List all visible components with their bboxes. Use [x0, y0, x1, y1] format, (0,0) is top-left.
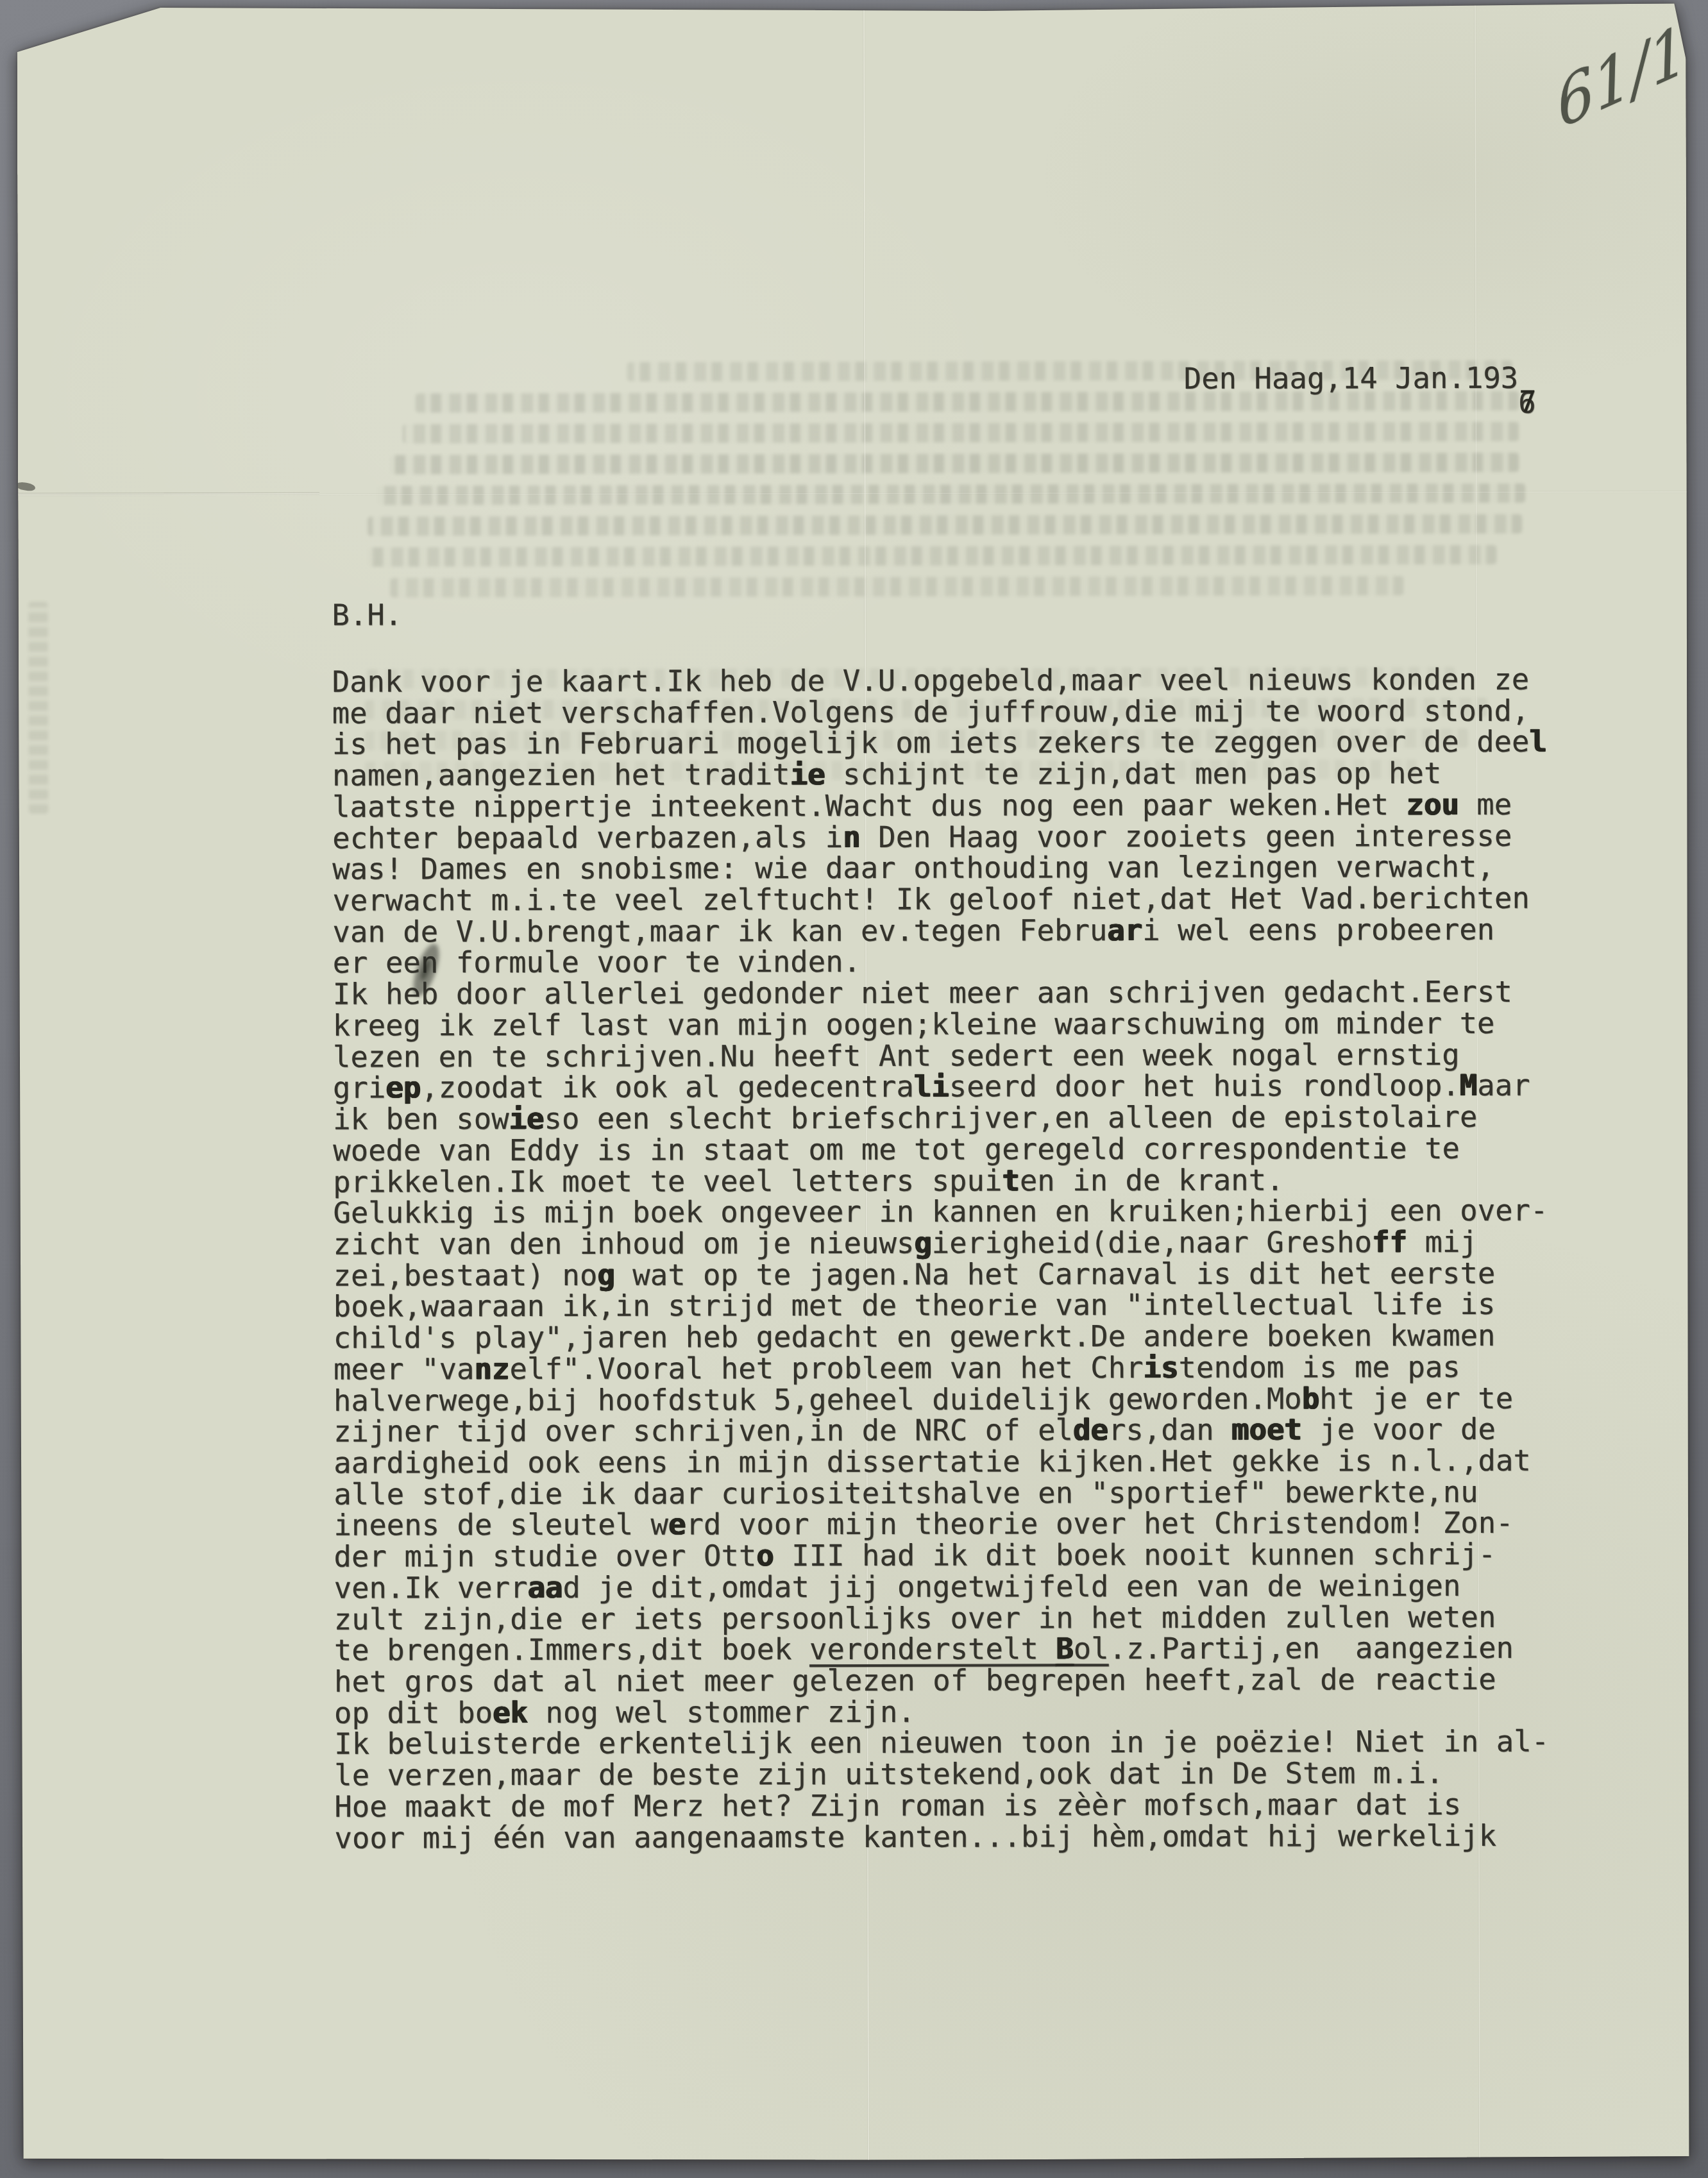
edge-tear: [15, 481, 36, 492]
bleedthrough-ghost-line: [390, 576, 1403, 597]
letter-paper: Den Haag,14 Jan.19367 B.H. Dank voor je …: [17, 3, 1690, 2161]
body-line: van de V.U.brengt,maar ik kan ev.tegen F…: [332, 914, 1547, 948]
body-line: laatste nippertje inteekent.Wacht dus no…: [332, 789, 1547, 823]
body-line: verwacht m.i.te veel zelftucht! Ik geloo…: [332, 883, 1547, 917]
body-line: ik ben sowieso een slecht briefschrijver…: [333, 1102, 1548, 1136]
body-line: zijner tijd over schrijven,in de NRC of …: [334, 1414, 1548, 1448]
body-line: namen,aangezien het traditie schijnt te …: [332, 758, 1547, 792]
dateline-text: Den Haag,14 Jan.193: [1184, 361, 1519, 396]
body-line: alle stof,die ik daar curiositeitshalve …: [334, 1476, 1548, 1510]
bleedthrough-ghost-margin: [28, 602, 48, 814]
body-line: ven.Ik verraad je dit,omdat jij ongetwij…: [334, 1571, 1549, 1605]
bleedthrough-ghost-line: [390, 453, 1519, 475]
body-line: te brengen.Immers,dit boek veronderstelt…: [334, 1633, 1549, 1667]
archival-number: 61/1: [1552, 11, 1692, 144]
body-line: kreeg ik zelf last van mijn oogen;kleine…: [333, 1008, 1548, 1042]
body-line: boek,waaraan ik,in strijd met de theorie…: [334, 1289, 1548, 1323]
body-line: woede van Eddy is in staat om me tot ger…: [333, 1133, 1548, 1167]
body-line: was! Dames en snobisme: wie daar onthoud…: [332, 852, 1547, 886]
body-line: me daar niet verschaffen.Volgens de juff…: [332, 695, 1547, 729]
body-line: Hoe maakt de mof Merz het? Zijn roman is…: [334, 1789, 1549, 1823]
body-line: child's play",jaren heb gedacht en gewer…: [334, 1321, 1548, 1355]
body-line: aardigheid ook eens in mijn dissertatie …: [334, 1446, 1548, 1480]
body-line: echter bepaald verbazen,als in Den Haag …: [332, 820, 1547, 854]
letter-paper-wrap: Den Haag,14 Jan.19367 B.H. Dank voor je …: [19, 5, 1688, 2160]
body-line: het gros dat al niet meer gelezen of beg…: [334, 1664, 1549, 1698]
year-digit-over: 7: [1519, 387, 1537, 418]
body-line: is het pas in Februari mogelijk om iets …: [332, 727, 1547, 761]
body-line: Ik heb door allerlei gedonder niet meer …: [333, 977, 1548, 1011]
body-line: prikkelen.Ik moet te veel letters spuite…: [333, 1164, 1548, 1198]
body-line: zei,bestaat) nog wat op te jagen.Na het …: [334, 1258, 1548, 1292]
dateline: Den Haag,14 Jan.19367: [1184, 363, 1536, 395]
scan-background: Den Haag,14 Jan.19367 B.H. Dank voor je …: [0, 0, 1708, 2178]
letter-body: Dank voor je kaart.Ik heb de V.U.opgebel…: [332, 664, 1550, 1854]
body-line: Gelukkig is mijn boek ongeveer in kannen…: [333, 1195, 1548, 1229]
body-line: halverwege,bij hoofdstuk 5,geheel duidel…: [334, 1383, 1548, 1417]
body-line: lezen en te schrijven.Nu heeft Ant seder…: [333, 1039, 1548, 1073]
salutation: B.H.: [332, 600, 402, 631]
body-line: der mijn studie over Otto III had ik dit…: [334, 1539, 1548, 1573]
body-line: er een formule voor te vinden.: [333, 945, 1548, 979]
body-line: zicht van den inhoud om je nieuwsgierigh…: [333, 1227, 1548, 1261]
body-line: le verzen,maar de beste zijn uitstekend,…: [334, 1758, 1549, 1792]
body-line: op dit boek nog wel stommer zijn.: [334, 1695, 1549, 1729]
body-line: meer "vanzelf".Vooral het probleem van h…: [334, 1352, 1548, 1386]
body-line: zult zijn,die er iets persoonlijks over …: [334, 1601, 1549, 1635]
body-line: voor mij één van aangenaamste kanten...b…: [334, 1820, 1549, 1854]
bleedthrough-ghost-line: [368, 545, 1496, 567]
bleedthrough-ghost-line: [403, 422, 1519, 444]
bleedthrough-ghost-line: [368, 514, 1522, 536]
body-line: Ik beluisterde erkentelijk een nieuwen t…: [334, 1726, 1549, 1760]
body-line: ineens de sleutel werd voor mijn theorie…: [334, 1508, 1548, 1542]
body-line: griep,zoodat ik ook al gedecentraliseerd…: [333, 1070, 1548, 1104]
body-line: Dank voor je kaart.Ik heb de V.U.opgebel…: [332, 664, 1547, 698]
